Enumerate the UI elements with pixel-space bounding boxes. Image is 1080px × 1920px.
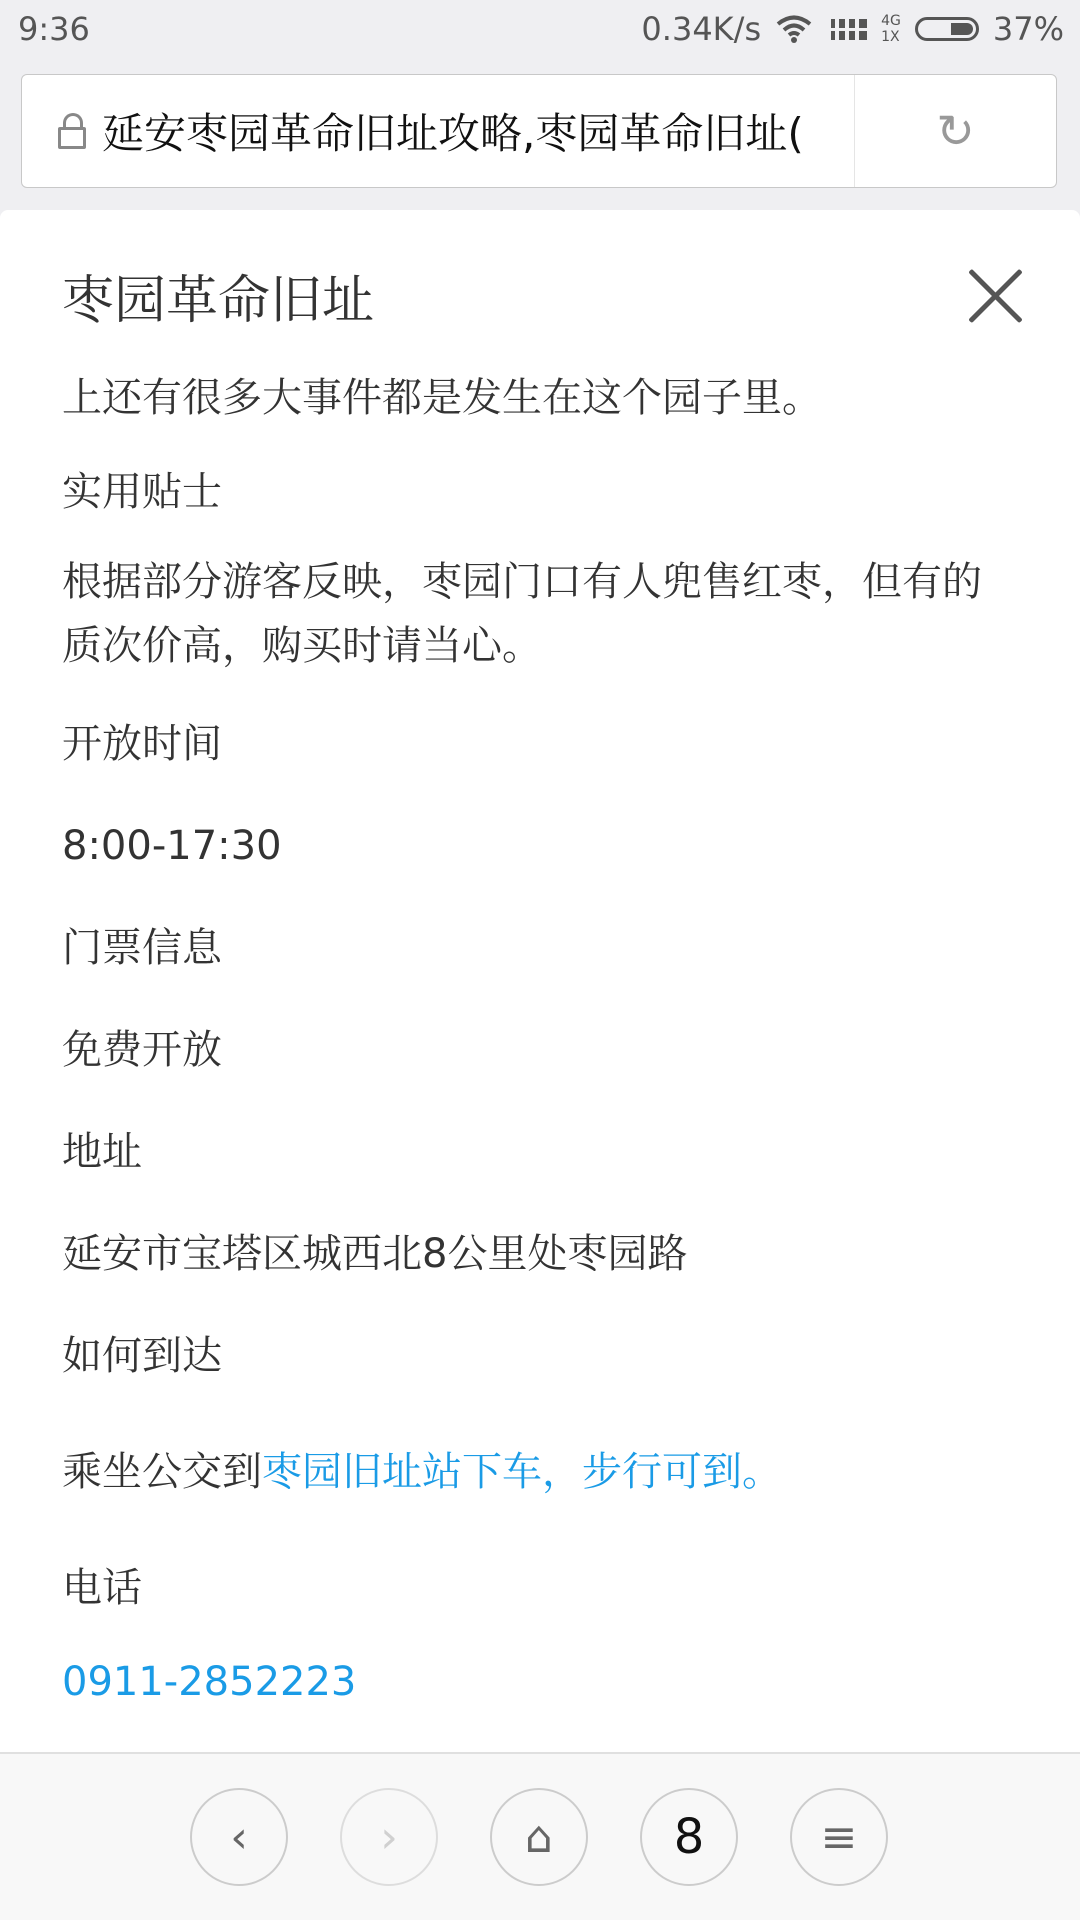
address-heading: 地址 bbox=[62, 1120, 1012, 1184]
chevron-right-icon: › bbox=[380, 1812, 398, 1863]
hours-body: 8:00-17:30 bbox=[62, 814, 1012, 878]
chevron-left-icon: ‹ bbox=[230, 1812, 248, 1863]
forward-button[interactable]: › bbox=[340, 1788, 438, 1886]
directions-body: 乘坐公交到枣园旧址站下车，步行可到。 bbox=[62, 1440, 1012, 1504]
directions-link[interactable]: 枣园旧址站下车，步行可到。 bbox=[262, 1449, 782, 1495]
panel-title: 枣园革命旧址 bbox=[62, 258, 374, 333]
net-speed: 0.34K/s bbox=[641, 10, 761, 48]
wifi-icon bbox=[775, 14, 813, 44]
ticket-body: 免费开放 bbox=[62, 1018, 1012, 1082]
back-button[interactable]: ‹ bbox=[190, 1788, 288, 1886]
signal-icon bbox=[827, 19, 867, 40]
phone-heading: 电话 bbox=[62, 1556, 1012, 1620]
browser-toolbar: ‹ › ⌂ 8 ≡ bbox=[0, 1752, 1080, 1920]
url-bar[interactable]: 延安枣园革命旧址攻略,枣园革命旧址( ↻ bbox=[21, 74, 1057, 188]
clock: 9:36 bbox=[18, 10, 90, 48]
url-text[interactable]: 延安枣园革命旧址攻略,枣园革命旧址( bbox=[102, 101, 854, 161]
battery-icon bbox=[915, 17, 979, 41]
directions-heading: 如何到达 bbox=[62, 1324, 1012, 1388]
tips-heading: 实用贴士 bbox=[62, 460, 1012, 524]
menu-button[interactable]: ≡ bbox=[790, 1788, 888, 1886]
menu-icon: ≡ bbox=[821, 1812, 858, 1863]
status-bar: 9:36 0.34K/s 4G1X 37% bbox=[0, 0, 1080, 60]
reload-icon[interactable]: ↻ bbox=[855, 104, 1056, 158]
battery-percent: 37% bbox=[993, 10, 1064, 48]
lock-icon bbox=[58, 113, 86, 149]
hours-heading: 开放时间 bbox=[62, 712, 1012, 776]
tabs-button[interactable]: 8 bbox=[640, 1788, 738, 1886]
phone-link[interactable]: 0911-2852223 bbox=[62, 1650, 1012, 1714]
tab-count: 8 bbox=[674, 1809, 705, 1865]
network-type: 4G1X bbox=[881, 13, 901, 45]
home-button[interactable]: ⌂ bbox=[490, 1788, 588, 1886]
close-icon[interactable] bbox=[966, 266, 1026, 326]
address-body: 延安市宝塔区城西北8公里处枣园路 bbox=[62, 1222, 1012, 1286]
home-icon: ⌂ bbox=[525, 1812, 553, 1863]
panel-content: 上还有很多大事件都是发生在这个园子里。 实用贴士 根据部分游客反映，枣园门口有人… bbox=[62, 366, 1012, 1714]
tips-body: 根据部分游客反映，枣园门口有人兜售红枣，但有的质次价高，购买时请当心。 bbox=[62, 550, 1012, 678]
info-panel: 枣园革命旧址 上还有很多大事件都是发生在这个园子里。 实用贴士 根据部分游客反映… bbox=[0, 210, 1080, 1752]
ticket-heading: 门票信息 bbox=[62, 916, 1012, 980]
intro-text: 上还有很多大事件都是发生在这个园子里。 bbox=[62, 366, 1012, 430]
